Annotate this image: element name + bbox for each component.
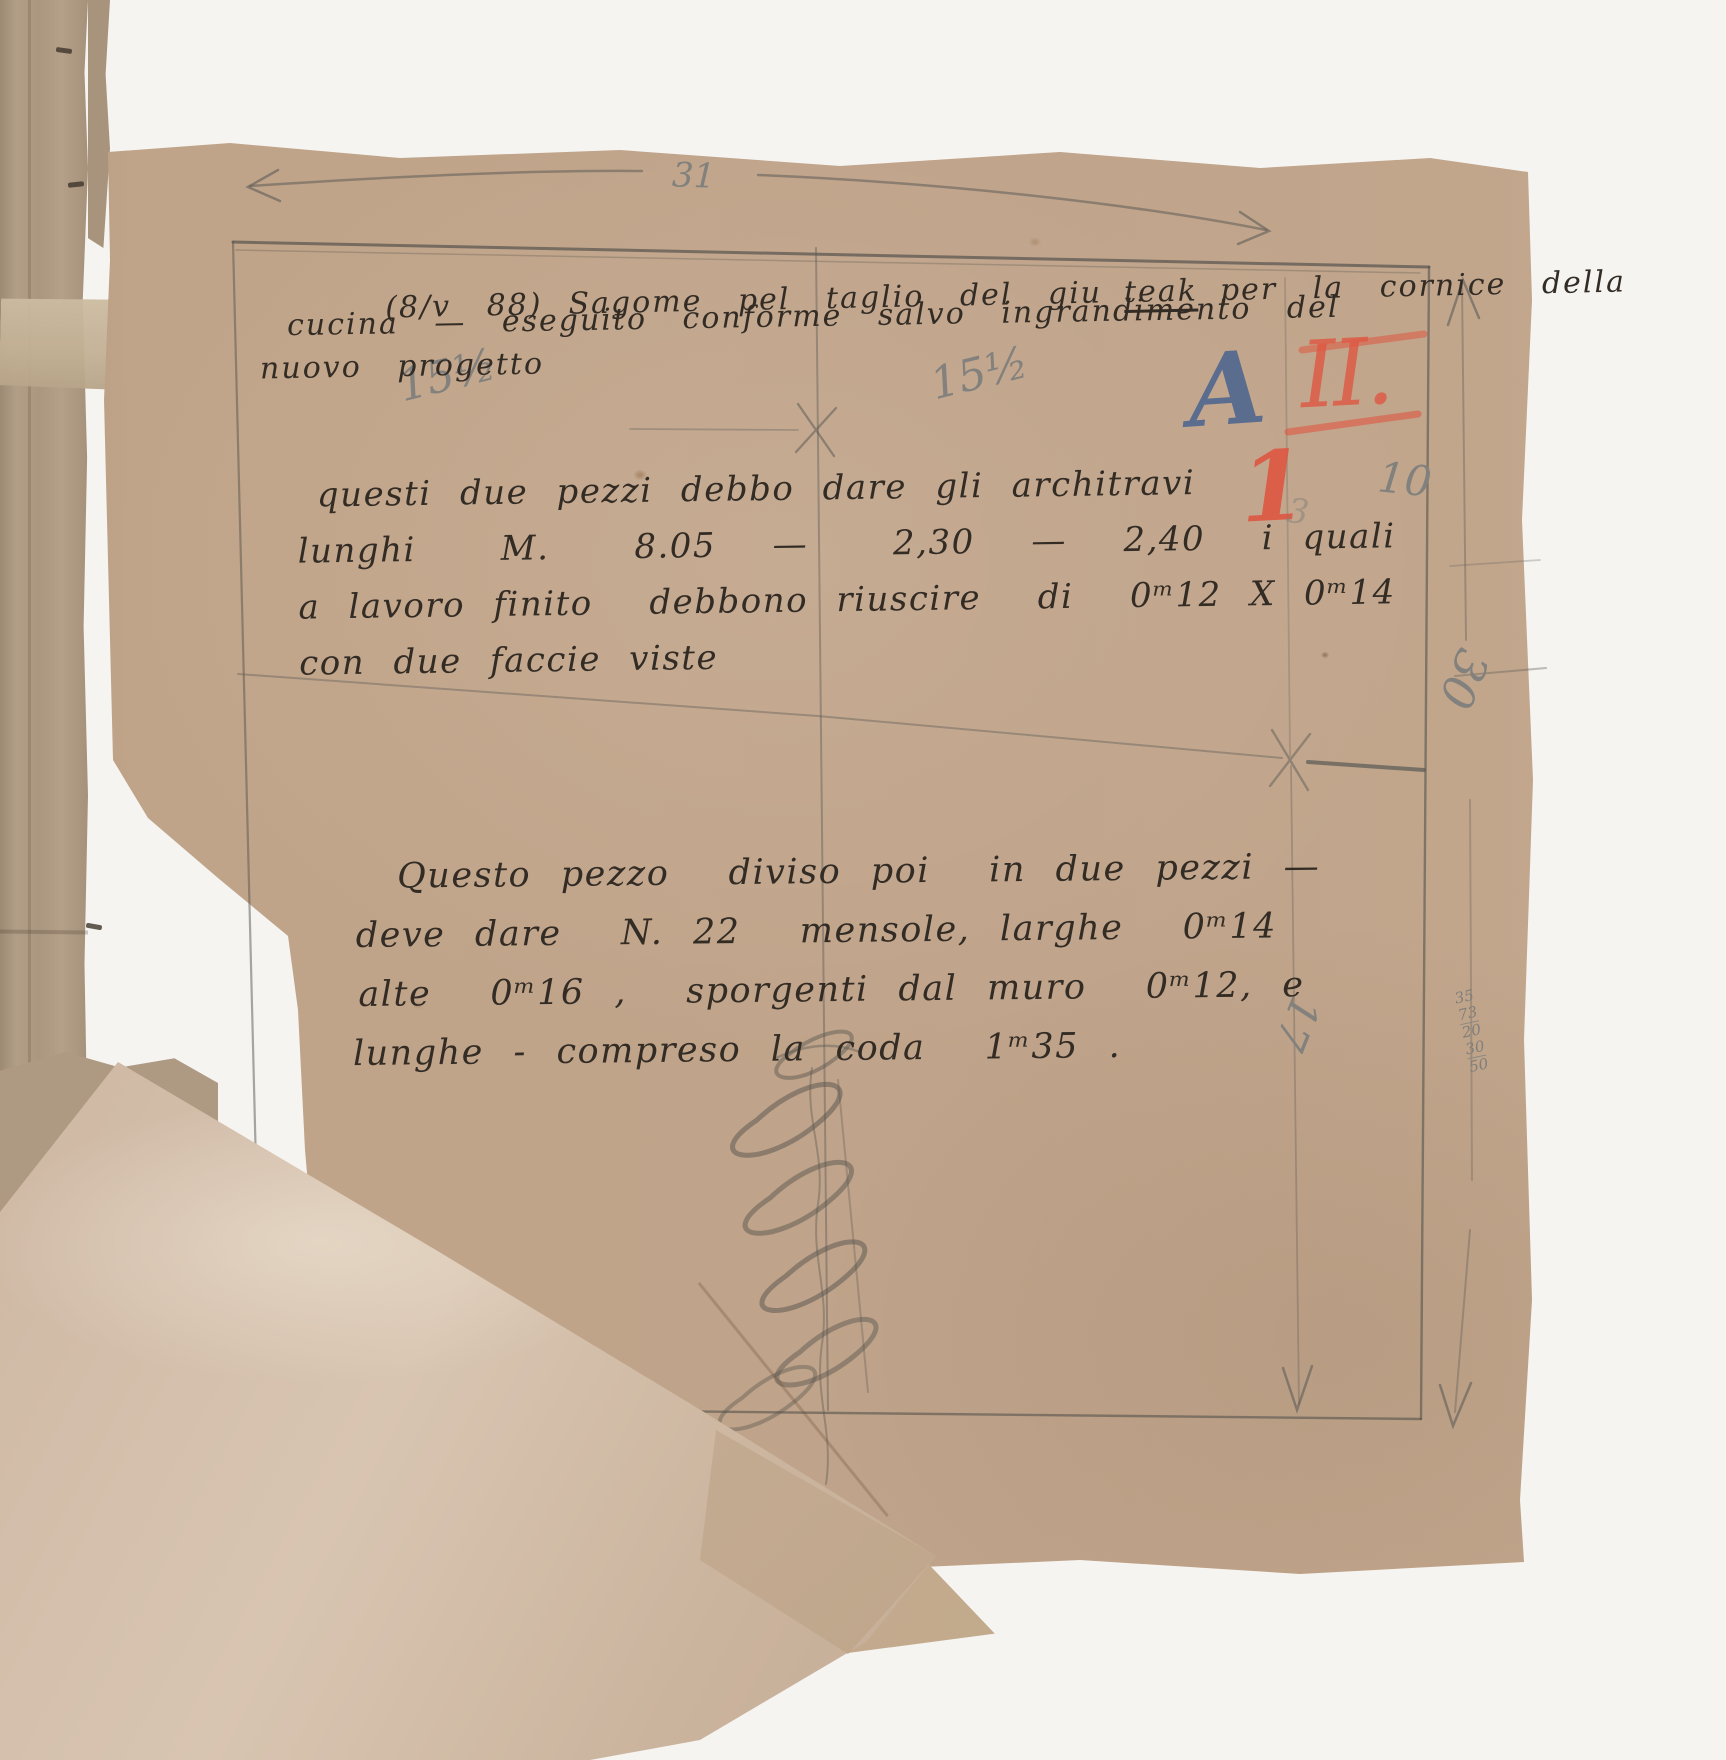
lower-note-line: Questo pezzo diviso poi in due pezzi — [397, 838, 1321, 907]
lower-note-line: alte 0ᵐ16 , sporgenti dal muro 0ᵐ12, e [358, 956, 1322, 1025]
paper-sliver [88, 0, 110, 248]
strip-crease [28, 0, 31, 1200]
header-note-line3: nuovo progetto [260, 350, 544, 385]
lower-note-line: lunghe - compreso la coda 1ᵐ35 . [353, 1015, 1323, 1084]
dimension-label-top-width: 31 [671, 155, 716, 196]
upper-note: questi due pezzi debbo dare gli architra… [296, 452, 1397, 691]
lower-note: Questo pezzo diviso poi in due pezzi — d… [351, 838, 1323, 1084]
red-crayon-roman: II. [1297, 318, 1392, 430]
binding-strip [0, 0, 88, 1205]
stitch-mark [86, 923, 103, 931]
archival-document-scan: 31 15½ 15½ 30 17 A II. 1 10 3 (8/v 88)Sa… [0, 0, 1726, 1760]
lower-note-line: deve dare N. 22 mensole, larghe 0ᵐ14 [355, 897, 1321, 966]
